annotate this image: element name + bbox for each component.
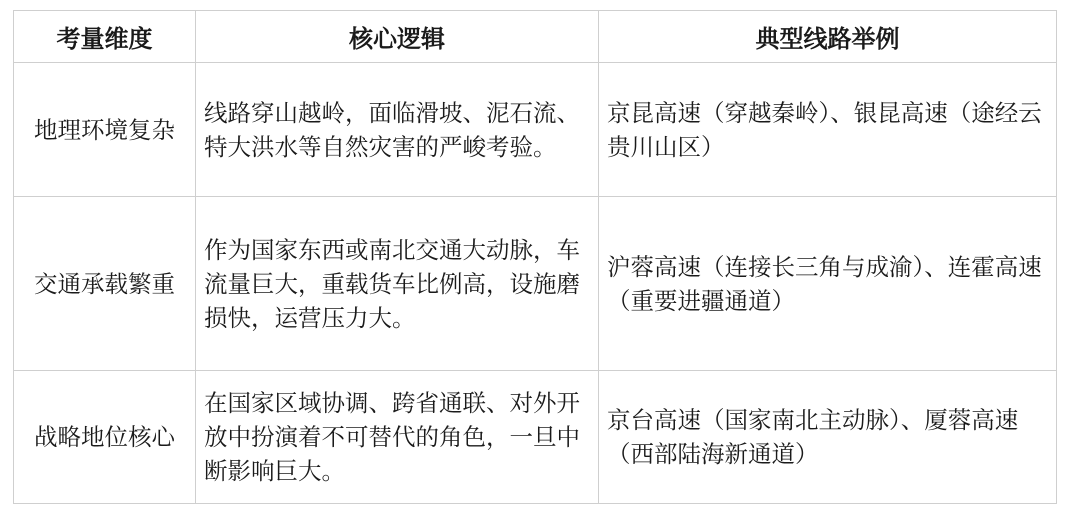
table-body: 地理环境复杂 线路穿山越岭，面临滑坡、泥石流、特大洪水等自然灾害的严峻考验。 京…: [14, 63, 1057, 504]
header-core-logic: 核心逻辑: [196, 11, 599, 63]
cell-typical-routes: 京昆高速（穿越秦岭）、银昆高速（途经云贵川山区）: [599, 63, 1057, 197]
table-row: 交通承载繁重 作为国家东西或南北交通大动脉，车流量巨大，重载货车比例高，设施磨损…: [14, 197, 1057, 371]
table-header: 考量维度 核心逻辑 典型线路举例: [14, 11, 1057, 63]
cell-core-logic: 在国家区域协调、跨省通联、对外开放中扮演着不可替代的角色，一旦中断影响巨大。: [196, 371, 599, 504]
cell-core-logic: 作为国家东西或南北交通大动脉，车流量巨大，重载货车比例高，设施磨损快，运营压力大…: [196, 197, 599, 371]
cell-dimension: 地理环境复杂: [14, 63, 196, 197]
header-typical-routes: 典型线路举例: [599, 11, 1057, 63]
cell-core-logic: 线路穿山越岭，面临滑坡、泥石流、特大洪水等自然灾害的严峻考验。: [196, 63, 599, 197]
table-row: 地理环境复杂 线路穿山越岭，面临滑坡、泥石流、特大洪水等自然灾害的严峻考验。 京…: [14, 63, 1057, 197]
cell-dimension: 交通承载繁重: [14, 197, 196, 371]
cell-dimension: 战略地位核心: [14, 371, 196, 504]
table-row: 战略地位核心 在国家区域协调、跨省通联、对外开放中扮演着不可替代的角色，一旦中断…: [14, 371, 1057, 504]
highway-considerations-table: 考量维度 核心逻辑 典型线路举例 地理环境复杂 线路穿山越岭，面临滑坡、泥石流、…: [13, 10, 1057, 504]
header-row: 考量维度 核心逻辑 典型线路举例: [14, 11, 1057, 63]
cell-typical-routes: 京台高速（国家南北主动脉）、厦蓉高速（西部陆海新通道）: [599, 371, 1057, 504]
header-dimension: 考量维度: [14, 11, 196, 63]
highway-considerations-table-container: 考量维度 核心逻辑 典型线路举例 地理环境复杂 线路穿山越岭，面临滑坡、泥石流、…: [13, 10, 1056, 504]
cell-typical-routes: 沪蓉高速（连接长三角与成渝）、连霍高速（重要进疆通道）: [599, 197, 1057, 371]
